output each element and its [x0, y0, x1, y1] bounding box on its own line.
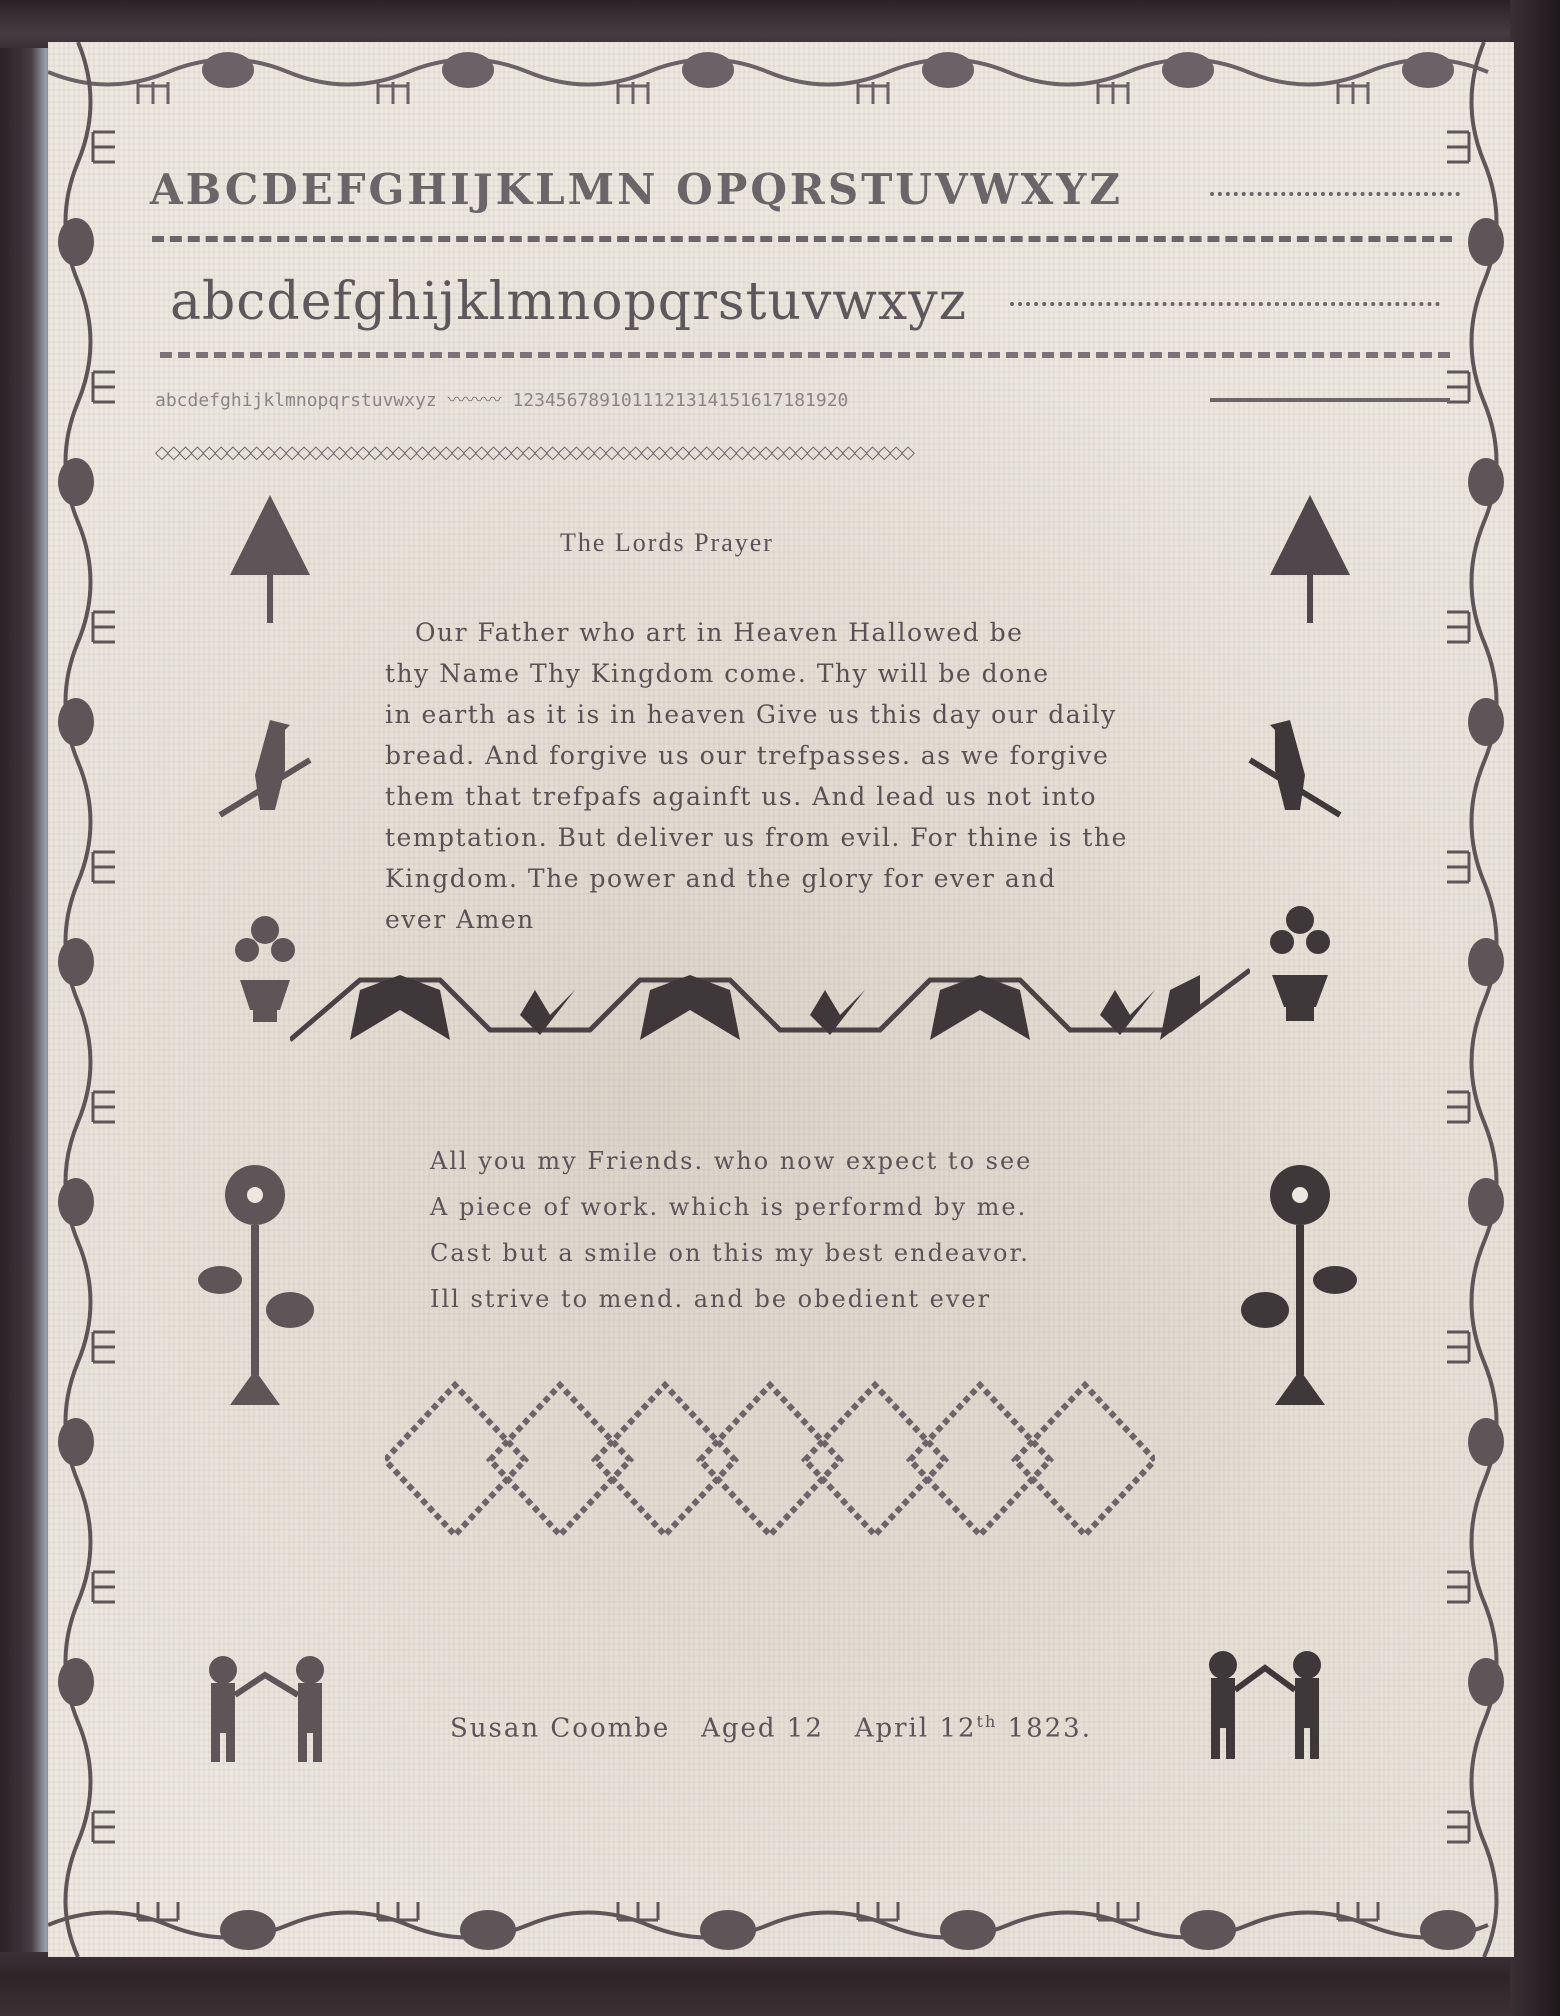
prayer-title: The Lords Prayer	[560, 528, 774, 558]
top-vine-border	[48, 42, 1514, 132]
figures-icon	[1195, 1650, 1335, 1765]
small-alphabet: abcdefghijklmnopqrstuvwxyz 〰〰〰 123456789…	[155, 386, 848, 412]
frame-right-rail	[1510, 0, 1560, 2016]
bottom-vine-border	[48, 1885, 1514, 1957]
verse-line: Ill strive to mend. and be obedient ever	[430, 1276, 1190, 1322]
number-row: 1234567891011121314151617181920	[512, 390, 848, 411]
verse-line: A piece of work. which is performd by me…	[430, 1184, 1190, 1230]
stitched-line	[1210, 398, 1450, 402]
small-alphabet-letters: abcdefghijklmnopqrstuvwxyz	[155, 390, 437, 411]
lowercase-alphabet: abcdefghijklmnopqrstuvwxyz	[170, 272, 967, 332]
sampler-year: 1823.	[1008, 1714, 1092, 1744]
flower-plant-icon	[190, 1160, 320, 1410]
alphabet-separator: 〰〰〰	[448, 390, 502, 411]
date-suffix: th	[977, 1712, 998, 1731]
lords-prayer-text: Our Father who art in Heaven Hallowed be…	[385, 612, 1205, 940]
prayer-line: Kingdom. The power and the glory for eve…	[385, 858, 1205, 899]
sampler-date: April 12	[855, 1714, 977, 1744]
maker-signature: Susan Coombe Aged 12 April 12th 1823.	[450, 1712, 1092, 1744]
interlaced-diamond-band	[385, 1375, 1155, 1545]
alphabet-filler-line	[1210, 192, 1460, 196]
diamond-border-band: ◇◇◇◇◇◇◇◇◇◇◇◇◇◇◇◇◇◇◇◇◇◇◇◇◇◇◇◇◇◇◇◇◇◇◇◇◇◇◇◇…	[155, 442, 913, 463]
maker-name: Susan Coombe	[450, 1714, 670, 1744]
prayer-line: in earth as it is in heaven Give us this…	[385, 694, 1205, 735]
stitched-rule	[160, 352, 1450, 358]
right-vine-border	[1424, 42, 1514, 1957]
stitched-rule	[152, 236, 1452, 242]
tree-icon	[225, 495, 315, 625]
prayer-line: bread. And forgive us our trefpasses. as…	[385, 735, 1205, 776]
verse-text: All you my Friends. who now expect to se…	[430, 1138, 1190, 1322]
bird-icon	[215, 715, 315, 825]
prayer-line: temptation. But deliver us from evil. Fo…	[385, 817, 1205, 858]
flower-plant-icon	[1235, 1160, 1365, 1410]
prayer-line: thy Name Thy Kingdom come. Thy will be d…	[385, 653, 1205, 694]
prayer-line: them that trefpafs againft us. And lead …	[385, 776, 1205, 817]
verse-line: Cast but a smile on this my best endeavo…	[430, 1230, 1190, 1276]
maker-age: Aged 12	[701, 1714, 824, 1744]
verse-line: All you my Friends. who now expect to se…	[430, 1138, 1190, 1184]
flower-urn-icon	[1260, 900, 1340, 1030]
prayer-line: Our Father who art in Heaven Hallowed be	[385, 612, 1205, 653]
alphabet-filler-line	[1010, 302, 1440, 306]
zigzag-carnation-band	[290, 940, 1250, 1060]
uppercase-alphabet: ABCDEFGHIJKLMN OPQRSTUVWXYZ	[150, 165, 1123, 214]
tree-icon	[1265, 495, 1355, 625]
frame-bottom-rail	[0, 1952, 1560, 2016]
bird-icon	[1245, 715, 1345, 825]
figures-icon	[195, 1655, 335, 1765]
prayer-line: ever Amen	[385, 899, 1205, 940]
left-vine-border	[48, 42, 138, 1957]
frame-top-rail	[0, 0, 1560, 48]
